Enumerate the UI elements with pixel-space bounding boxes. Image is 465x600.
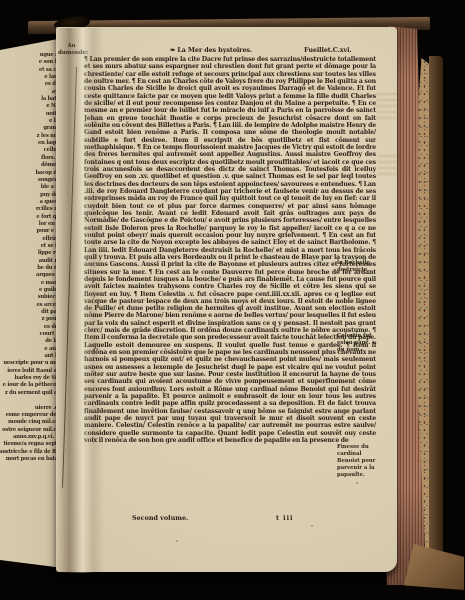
paper-stain bbox=[176, 540, 178, 542]
running-header-margin-label: An dumonde: bbox=[58, 43, 85, 56]
recto-page: An dumonde: ❧ La Mer des hystoires. Fuei… bbox=[56, 27, 397, 572]
margin-note-rochelle: la Rochelle destruicte. bbox=[337, 260, 384, 274]
body-text: ¶ Lan premier de son empire la cite Dacr… bbox=[84, 56, 376, 518]
running-header-title: ❧ La Mer des hystoires. bbox=[126, 46, 296, 54]
signature-mark: t iii bbox=[276, 514, 293, 522]
cover-bottom-corner bbox=[404, 544, 464, 590]
ink-bleedthrough-mark bbox=[376, 93, 412, 121]
folio-number: Fueillet.C.xvi. bbox=[304, 46, 384, 54]
margin-note-benoist: Finesse du cardinal Benoist pour parveni… bbox=[337, 444, 384, 479]
cover-right-edge bbox=[429, 56, 443, 586]
book-photograph: ngue a luye son frereet sa comee lan mil… bbox=[0, 0, 465, 600]
paper-stain bbox=[311, 525, 313, 527]
ink-bleedthrough-mark bbox=[378, 155, 414, 175]
paper-stain bbox=[356, 482, 358, 484]
margin-note-celestin: Celestin fut esleu pape. v. du nom. bbox=[337, 333, 384, 354]
margin-rule-line bbox=[62, 67, 77, 488]
footer-volume-label: Second volume. bbox=[132, 514, 188, 522]
